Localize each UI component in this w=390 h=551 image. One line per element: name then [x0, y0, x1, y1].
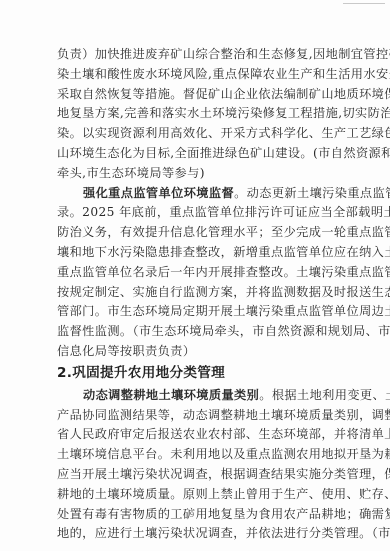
text-line: 地的，应进行土壤污染状况调查，并依法进行分类管理。（市农业农 [57, 524, 333, 544]
text-span: 。根据土地利用变更、土壤和农 [259, 388, 390, 402]
text-line: 土壤环境信息平台。未利用地以及重点监测农用地拟开垦为耕地的， [57, 445, 333, 465]
paragraph-lead-bold: 动态调整耕地土壤环境质量类别 [83, 388, 259, 402]
text-line: 动态调整耕地土壤环境质量类别。根据土地利用变更、土壤和农 [57, 386, 333, 406]
text-line: 染土壤和酸性废水环境风险,重点保障农业生产和生活用水安全,鼓励 [57, 65, 333, 85]
section-heading: 2.巩固提升农用地分类管理 [57, 362, 333, 386]
paragraph-lead-bold: 强化重点监管单位环境监督 [83, 186, 234, 200]
page-number: 9 [190, 510, 194, 519]
text-line: 负责）加快推进废弃矿山综合整治和生态修复,因地制宜管控矿区污 [57, 45, 333, 65]
text-line: 强化重点监管单位环境监督。动态更新土壤污染重点监管单位名 [57, 184, 333, 204]
text-line: 牵头,市生态环境局等参与) [57, 164, 333, 184]
text-line: 壤和地下水污染隐患排查整改，新增重点监管单位应在纳入土壤污染 [57, 243, 333, 263]
text-line: 重点监管单位名录后一年内开展排查整改。土壤污染重点监管单位应 [57, 263, 333, 283]
text-line: 防治义务，有效提升信息化管理水平；至少完成一轮重点监管单位土 [57, 223, 333, 243]
text-line: 管部门。市生态环境局定期开展土壤污染重点监管单位周边土壤环境 [57, 302, 333, 322]
text-line: 耕地的土壤环境质量。原则上禁止曾用于生产、使用、贮存、回收、 [57, 485, 333, 505]
text-line: 监督性监测。（市生态环境局牵头，市自然资源和规划局、市经济和 [57, 322, 333, 342]
text-line: 按规定制定、实施自行监测方案，并将监测数据及时报送生态环境主 [57, 283, 333, 303]
text-span: 。动态更新土壤污染重点监管单位名 [234, 186, 390, 200]
text-line: 产品协同监测结果等，动态调整耕地土壤环境质量类别，调整结果经 [57, 406, 333, 426]
document-body: 负责）加快推进废弃矿山综合整治和生态修复,因地制宜管控矿区污 染土壤和酸性废水环… [57, 45, 333, 544]
text-line: 录。2025 年底前，重点监管单位排污许可证应当全部载明土壤污染 [57, 203, 333, 223]
text-line: 省人民政府审定后报送农业农村部、生态环境部，并将清单上传全国 [57, 425, 333, 445]
text-line: 山环境生态化为目标,全面推进绿色矿山建设。(市自然资源和规划局 [57, 144, 333, 164]
text-line: 采取自然恢复等措施。督促矿山企业依法编制矿山地质环境保护与土 [57, 85, 333, 105]
text-line: 信息化局等按职责负责） [57, 342, 333, 362]
text-line: 染。以实现资源利用高效化、开采方式科学化、生产工艺绿色化、矿 [57, 124, 333, 144]
paragraph-mine-restoration: 负责）加快推进废弃矿山综合整治和生态修复,因地制宜管控矿区污 染土壤和酸性废水环… [57, 45, 333, 184]
paragraph-farmland-classification: 动态调整耕地土壤环境质量类别。根据土地利用变更、土壤和农 产品协同监测结果等，动… [57, 386, 333, 544]
paragraph-key-unit-supervision: 强化重点监管单位环境监督。动态更新土壤污染重点监管单位名 录。2025 年底前，… [57, 184, 333, 362]
text-line: 地复垦方案,完善和落实水土环境污染修复工程措施,切实防治土壤污 [57, 104, 333, 124]
text-line: 应当开展土壤污染状况调查，根据调查结果实施分类管理，保障新增 [57, 465, 333, 485]
text-line: 处置有毒有害物质的工矿用地复垦为食用农产品耕地；确需复垦为耕 [57, 505, 333, 525]
scan-artifact [343, 3, 385, 4]
document-page: 负责）加快推进废弃矿山综合整治和生态修复,因地制宜管控矿区污 染土壤和酸性废水环… [0, 0, 390, 551]
